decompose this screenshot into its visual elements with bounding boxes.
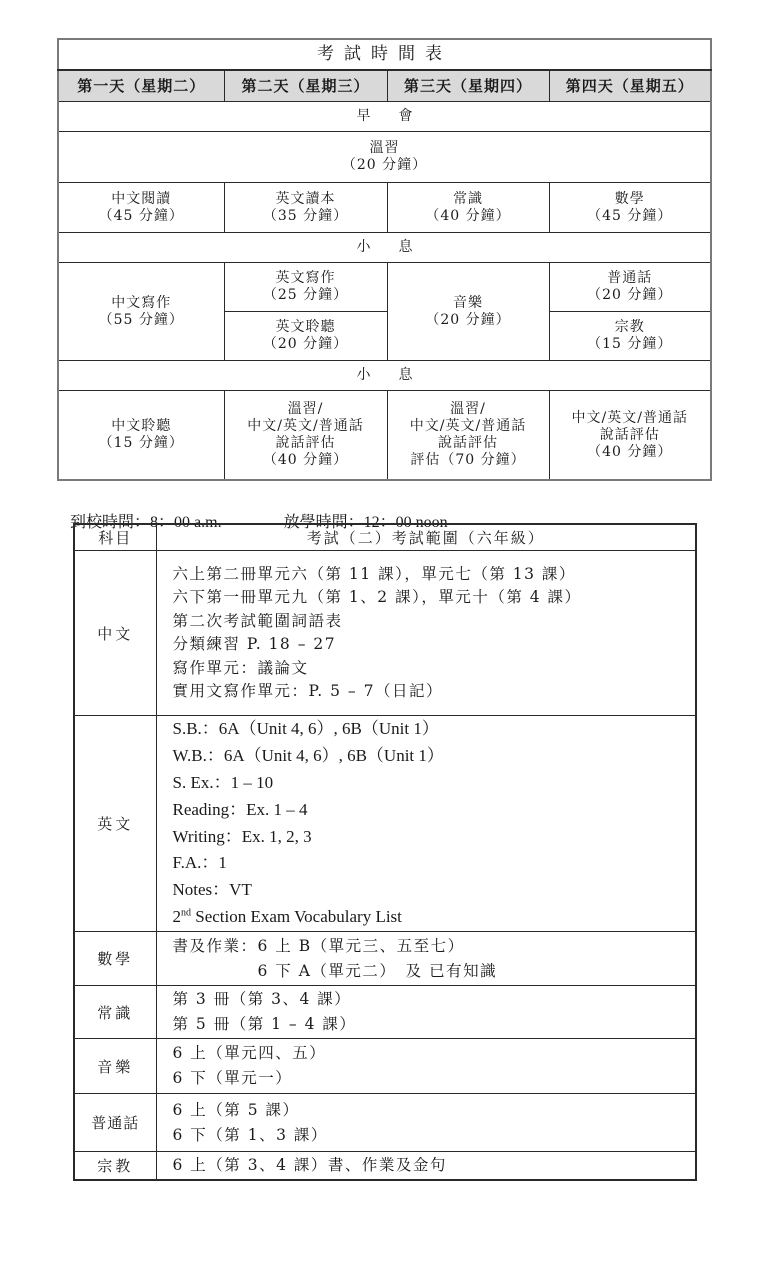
content-line: S. Ex.：1 – 10 bbox=[173, 770, 696, 797]
content-maths: 書及作業：6 上 B（單元三、五至七） 6 下 A（單元二） 及 已有知識 bbox=[156, 932, 696, 986]
content-line: W.B.：6A（Unit 4, 6）, 6B（Unit 1） bbox=[173, 743, 696, 770]
session1-day3: 常識 （40 分鐘） bbox=[387, 183, 549, 233]
session2-day2-bottom: 英文聆聽 （20 分鐘） bbox=[224, 312, 387, 361]
session3-day1: 中文聆聽 （15 分鐘） bbox=[58, 391, 224, 481]
day-header-3: 第三天（星期四） bbox=[387, 70, 549, 102]
content-line: 6 下（單元一） bbox=[173, 1066, 696, 1091]
syllabus-row-music: 音樂 6 上（單元四、五） 6 下（單元一） bbox=[74, 1039, 696, 1094]
timetable-title: 考試時間表 bbox=[58, 39, 711, 70]
break-row-2: 小 息 bbox=[58, 361, 711, 391]
content-line: 第 3 冊（第 3、4 課） bbox=[173, 987, 696, 1012]
content-line-vocabulary: 2nd Section Exam Vocabulary List bbox=[173, 904, 696, 931]
session1-day4: 數學 （45 分鐘） bbox=[549, 183, 711, 233]
content-line: S.B.：6A（Unit 4, 6）, 6B（Unit 1） bbox=[173, 716, 696, 743]
day-header-1: 第一天（星期二） bbox=[58, 70, 224, 102]
subject-chinese: 中文 bbox=[74, 551, 156, 716]
session2-day3: 音樂 （20 分鐘） bbox=[387, 263, 549, 361]
content-line: 6 上（第 5 課） bbox=[173, 1098, 696, 1123]
session3-day4: 中文/英文/普通話 說話評估 （40 分鐘） bbox=[549, 391, 711, 481]
header-syllabus-title: 考試（二）考試範圍（六年級） bbox=[156, 524, 696, 551]
content-line: 實用文寫作單元：P. 5 – 7（日記） bbox=[173, 680, 696, 704]
subject-maths: 數學 bbox=[74, 932, 156, 986]
session2-day4-bottom: 宗教 （15 分鐘） bbox=[549, 312, 711, 361]
content-line: 書及作業：6 上 B（單元三、五至七） bbox=[173, 934, 696, 959]
content-religion: 6 上（第 3、4 課）書、作業及金句 bbox=[156, 1152, 696, 1180]
morning-assembly-row: 早 會 bbox=[58, 102, 711, 132]
subject-putonghua: 普通話 bbox=[74, 1094, 156, 1152]
content-line: Reading：Ex. 1 – 4 bbox=[173, 797, 696, 824]
syllabus-row-maths: 數學 書及作業：6 上 B（單元三、五至七） 6 下 A（單元二） 及 已有知識 bbox=[74, 932, 696, 986]
session2-day4-top: 普通話 （20 分鐘） bbox=[549, 263, 711, 312]
vocabulary-text: Section Exam Vocabulary List bbox=[191, 907, 402, 926]
content-line: 寫作單元：議論文 bbox=[173, 657, 696, 681]
subject-music: 音樂 bbox=[74, 1039, 156, 1094]
content-line: 6 下（第 1、3 課） bbox=[173, 1123, 696, 1148]
session2-day1: 中文寫作 （55 分鐘） bbox=[58, 263, 224, 361]
session1-day2: 英文讀本 （35 分鐘） bbox=[224, 183, 387, 233]
session3-day3: 溫習/ 中文/英文/普通話 說話評估 評估（70 分鐘） bbox=[387, 391, 549, 481]
content-line: 第二次考試範圍詞語表 bbox=[173, 610, 696, 634]
subject-english: 英文 bbox=[74, 716, 156, 932]
content-chinese: 六上第二冊單元六（第 11 課），單元七（第 13 課） 六下第一冊單元九（第 … bbox=[156, 551, 696, 716]
content-line: 6 上（單元四、五） bbox=[173, 1041, 696, 1066]
content-line: 分類練習 P. 18 – 27 bbox=[173, 633, 696, 657]
content-line: Notes：VT bbox=[173, 877, 696, 904]
subject-general-studies: 常識 bbox=[74, 986, 156, 1039]
content-line: 第 5 冊（第 1 – 4 課） bbox=[173, 1012, 696, 1037]
session3-day2: 溫習/ 中文/英文/普通話 說話評估 （40 分鐘） bbox=[224, 391, 387, 481]
syllabus-row-religion: 宗教 6 上（第 3、4 課）書、作業及金句 bbox=[74, 1152, 696, 1180]
content-line: Writing：Ex. 1, 2, 3 bbox=[173, 824, 696, 851]
session2-day2-top: 英文寫作 （25 分鐘） bbox=[224, 263, 387, 312]
day-header-4: 第四天（星期五） bbox=[549, 70, 711, 102]
syllabus-row-chinese: 中文 六上第二冊單元六（第 11 課），單元七（第 13 課） 六下第一冊單元九… bbox=[74, 551, 696, 716]
exam-syllabus-table: 科目 考試（二）考試範圍（六年級） 中文 六上第二冊單元六（第 11 課），單元… bbox=[73, 523, 697, 1181]
content-line: 六下第一冊單元九（第 1、2 課），單元十（第 4 課） bbox=[173, 586, 696, 610]
content-music: 6 上（單元四、五） 6 下（單元一） bbox=[156, 1039, 696, 1094]
content-line: F.A.：1 bbox=[173, 850, 696, 877]
content-general-studies: 第 3 冊（第 3、4 課） 第 5 冊（第 1 – 4 課） bbox=[156, 986, 696, 1039]
content-line: 6 上（第 3、4 課）書、作業及金句 bbox=[173, 1153, 696, 1178]
revision-row: 溫習 （20 分鐘） bbox=[58, 132, 711, 183]
session1-day1: 中文閱讀 （45 分鐘） bbox=[58, 183, 224, 233]
syllabus-row-english: 英文 S.B.：6A（Unit 4, 6）, 6B（Unit 1） W.B.：6… bbox=[74, 716, 696, 932]
subject-religion: 宗教 bbox=[74, 1152, 156, 1180]
header-subject: 科目 bbox=[74, 524, 156, 551]
content-putonghua: 6 上（第 5 課） 6 下（第 1、3 課） bbox=[156, 1094, 696, 1152]
syllabus-row-putonghua: 普通話 6 上（第 5 課） 6 下（第 1、3 課） bbox=[74, 1094, 696, 1152]
break-row-1: 小 息 bbox=[58, 233, 711, 263]
content-english: S.B.：6A（Unit 4, 6）, 6B（Unit 1） W.B.：6A（U… bbox=[156, 716, 696, 932]
day-header-2: 第二天（星期三） bbox=[224, 70, 387, 102]
content-line: 6 下 A（單元二） 及 已有知識 bbox=[173, 959, 696, 984]
content-line: 六上第二冊單元六（第 11 課），單元七（第 13 課） bbox=[173, 563, 696, 587]
ordinal-suffix: nd bbox=[181, 907, 191, 918]
exam-timetable: 考試時間表 第一天（星期二） 第二天（星期三） 第三天（星期四） 第四天（星期五… bbox=[57, 38, 712, 481]
ordinal-number: 2 bbox=[173, 907, 182, 926]
syllabus-row-general-studies: 常識 第 3 冊（第 3、4 課） 第 5 冊（第 1 – 4 課） bbox=[74, 986, 696, 1039]
